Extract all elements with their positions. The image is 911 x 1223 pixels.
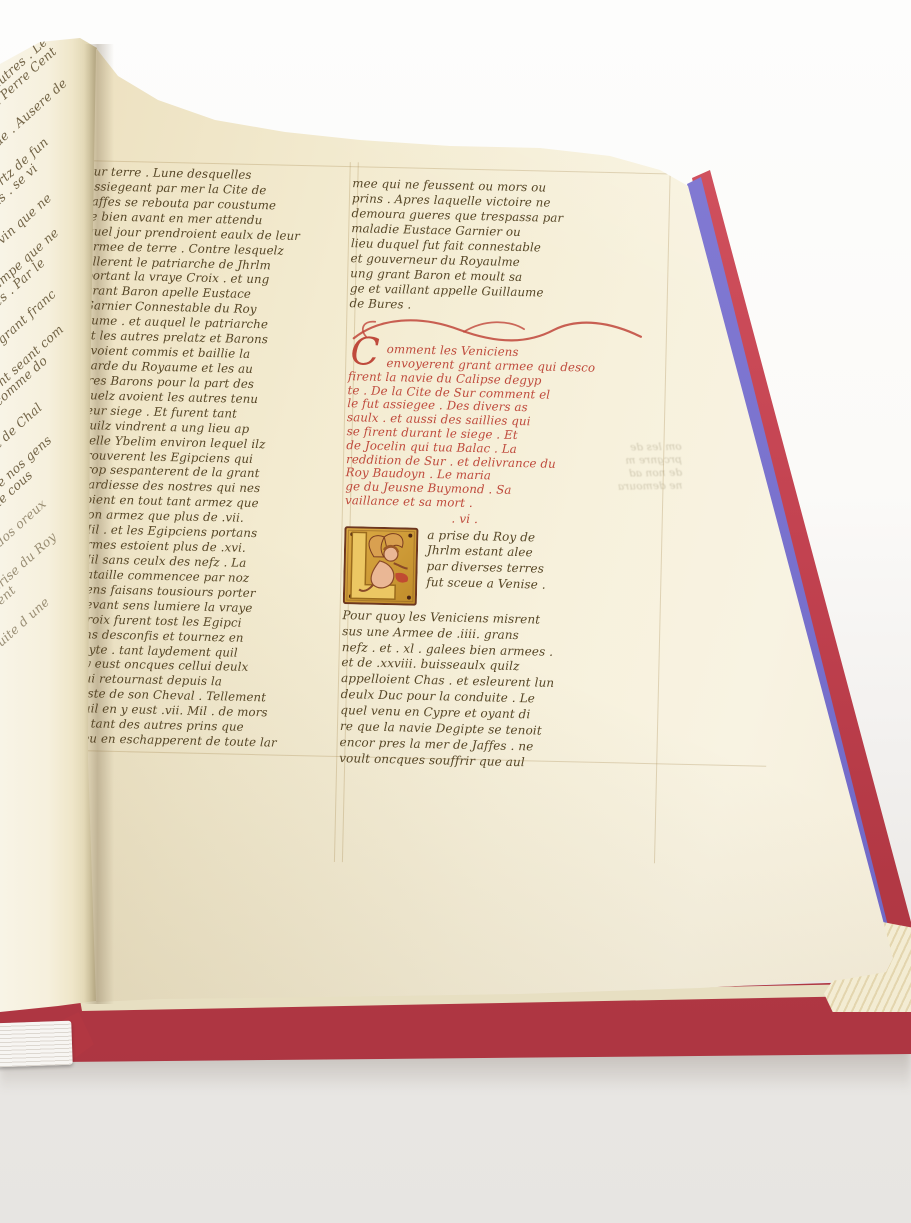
illuminated-initial-L xyxy=(343,526,419,606)
intro-paragraph: mee qui ne feussent ou mors ouprins . Ap… xyxy=(349,176,670,318)
folio-number: 113 xyxy=(640,136,664,148)
chapter-rubric: Comment les Veniciens envoyerent grant a… xyxy=(345,337,667,531)
manuscript-line: fut sceue a Venise . xyxy=(426,575,546,593)
text-block: sur terre . Lune desquellesassiegeant pa… xyxy=(60,150,780,1066)
photo-open-manuscript-book: { "book": { "folio_number": "113", "righ… xyxy=(0,0,911,1223)
gutter-shadow xyxy=(84,44,114,1004)
manuscript-line: insuite d une xyxy=(0,594,52,662)
illuminated-initial-row: a prise du Roy deJhrlm estant aleepar di… xyxy=(343,526,663,613)
text-beside-initial: a prise du Roy deJhrlm estant aleepar di… xyxy=(426,528,547,611)
white-cloth-tape xyxy=(0,1021,73,1068)
body-paragraph: Pour quoy les Veniciens misrentsus une A… xyxy=(339,608,661,774)
text-column-right: mee qui ne feussent ou mors ouprins . Ap… xyxy=(339,176,670,774)
text-column-left: sur terre . Lune desquellesassiegeant pa… xyxy=(74,164,355,752)
rubric-lines: envoyerent grant armee qui descofirent l… xyxy=(345,356,666,515)
manuscript-line: ue . se Bion que xyxy=(0,0,58,25)
